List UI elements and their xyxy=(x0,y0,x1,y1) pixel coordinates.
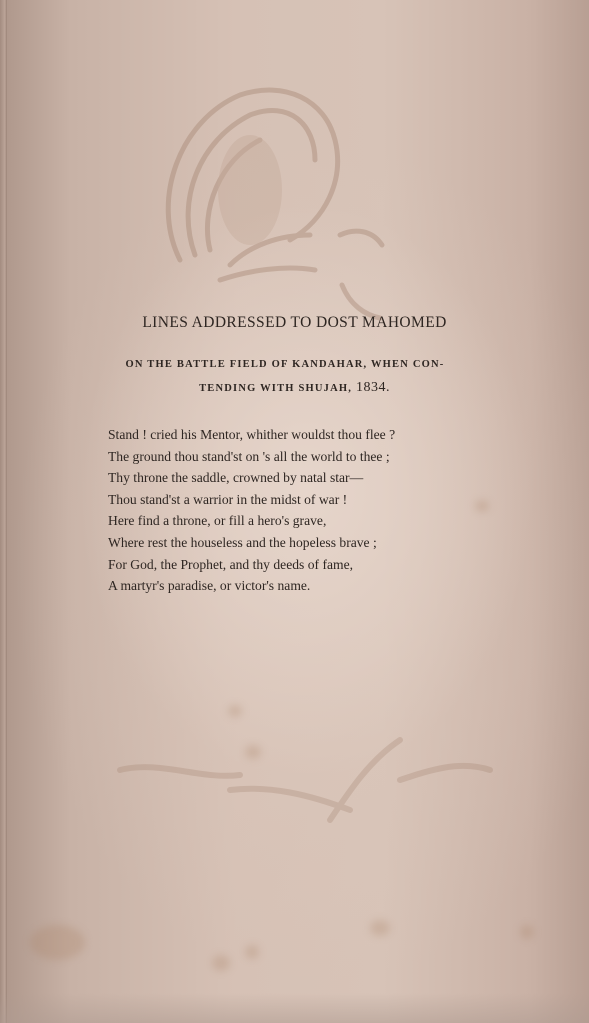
poem-line: The ground thou stand'st on 's all the w… xyxy=(108,446,488,468)
page-gutter-edge xyxy=(0,0,7,1023)
page-bottom-edge xyxy=(0,993,589,1023)
subtitle-year: 1834. xyxy=(356,380,390,395)
foxing-stain xyxy=(245,945,259,959)
subtitle-text: TENDING WITH SHUJAH, xyxy=(199,383,352,394)
foxing-stain xyxy=(212,955,230,971)
poem-line: Thou stand'st a warrior in the midst of … xyxy=(108,489,488,511)
poem-line: For God, the Prophet, and thy deeds of f… xyxy=(108,554,488,576)
portrait-illustration xyxy=(110,70,430,330)
poem-line: Thy throne the saddle, crowned by natal … xyxy=(108,467,488,489)
poem-line: Where rest the houseless and the hopeles… xyxy=(108,532,488,554)
poem-line: Stand ! cried his Mentor, whither woulds… xyxy=(108,424,488,446)
ghost-figure-showthrough xyxy=(100,700,500,840)
poem-line: Here find a throne, or fill a hero's gra… xyxy=(108,510,488,532)
poem-subtitle-line-1: ON THE BATTLE FIELD OF KANDAHAR, WHEN CO… xyxy=(80,359,490,370)
poem-verse: Stand ! cried his Mentor, whither woulds… xyxy=(108,424,488,597)
poem-subtitle-line-2: TENDING WITH SHUJAH, 1834. xyxy=(0,380,589,396)
poem-title: LINES ADDRESSED TO DOST MAHOMED xyxy=(0,314,589,332)
foxing-stain xyxy=(520,925,534,939)
book-page: LINES ADDRESSED TO DOST MAHOMED ON THE B… xyxy=(0,0,589,1023)
foxing-stain xyxy=(30,925,85,960)
foxing-stain xyxy=(370,920,390,936)
poem-line: A martyr's paradise, or victor's name. xyxy=(108,575,488,597)
